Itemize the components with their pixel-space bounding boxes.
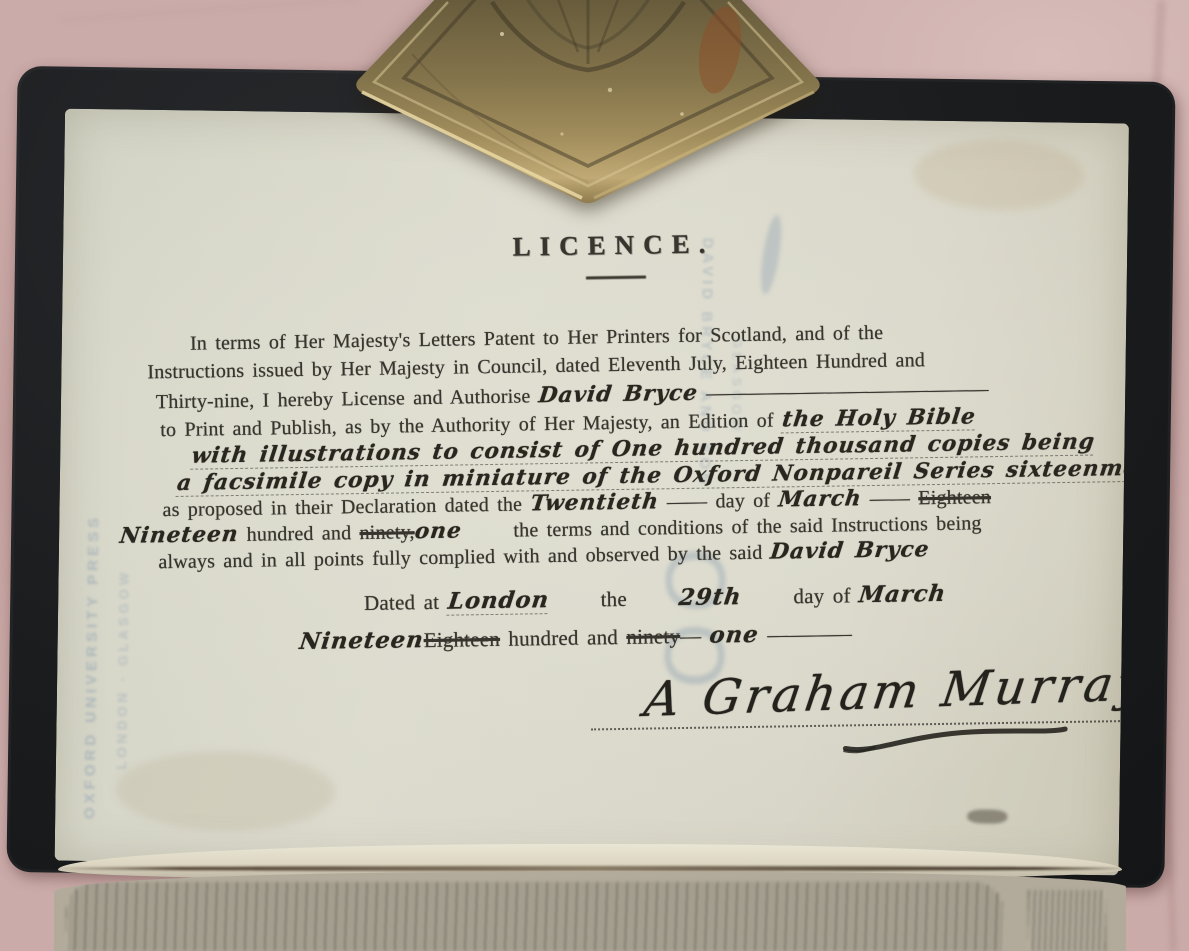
blurred-text-page-below: [54, 872, 1126, 951]
printed-text: In terms of Her Majesty's Letters Patent…: [190, 322, 884, 355]
ghost-showthrough-text: OXFORD UNIVERSITY PRESS: [81, 259, 106, 819]
printed-text: Eighteen: [424, 627, 501, 652]
printed-text: —: [680, 624, 710, 648]
signature: A Graham Murray: [641, 655, 1129, 728]
photo-of-miniature-bible-licence: { "scene": { "description": "Photograph …: [0, 0, 1189, 951]
licence-page: OXFORD UNIVERSITY PRESS LONDON · GLASGOW…: [55, 109, 1129, 876]
licence-line-10: Dated at Londonthe29thday of March: [364, 581, 947, 617]
handwritten-text: March: [858, 581, 948, 608]
printed-text: Eighteen: [918, 486, 991, 509]
blurred-print-columns: [66, 882, 1004, 951]
printed-text: hundred and: [500, 625, 627, 651]
printed-text: —— day of: [659, 489, 779, 513]
blank-space: [549, 606, 601, 607]
handwritten-text: Nineteen: [298, 627, 425, 655]
ghost-showthrough-text: LONDON · GLASGOW: [114, 339, 135, 769]
handwritten-text: David Bryce: [769, 537, 931, 565]
printed-text: as proposed in their Declaration dated t…: [162, 493, 530, 521]
handwritten-text: the Holy Bible: [780, 404, 977, 433]
handwritten-text: David Bryce: [537, 381, 699, 409]
licence-heading: LICENCE.: [133, 223, 1093, 269]
blank-space: [627, 605, 679, 606]
page-stain: [914, 138, 1085, 210]
printed-text: ——————————————: [698, 378, 989, 405]
handwritten-text: one: [708, 622, 760, 649]
signature-flourish: [841, 723, 1071, 757]
licence-document: LICENCE. In terms of Her Majesty's Lette…: [133, 223, 1102, 838]
handwritten-text: March: [777, 486, 863, 512]
licence-line-11: Nineteen Eighteen hundred and ninety— on…: [299, 620, 852, 655]
handwritten-text: Twentieth: [529, 489, 660, 516]
blank-space: [742, 603, 794, 604]
brass-clasp: [352, 0, 824, 208]
printed-text: ——: [861, 487, 918, 510]
printed-text: day of: [793, 583, 859, 608]
handwritten-text: 29th: [677, 584, 743, 611]
handwritten-text: one: [413, 518, 463, 544]
blank-space: [462, 537, 514, 538]
printed-text: ninety: [626, 624, 680, 649]
printed-text: ninety,: [359, 521, 414, 544]
printed-text: the: [600, 587, 627, 611]
page-crease-shadow: [52, 866, 1126, 871]
printed-text: Dated at: [364, 590, 448, 615]
printed-text: hundred and: [238, 522, 359, 546]
heading-underline: [586, 276, 646, 280]
handwritten-text: London: [446, 587, 550, 616]
backdrop-crease: [60, 0, 359, 21]
blurred-print-column-right: [1028, 890, 1106, 951]
handwritten-text: Nineteen: [118, 522, 240, 549]
printed-text: Thirty-nine, I hereby License and Author…: [156, 385, 539, 413]
printed-text: ————: [759, 621, 853, 646]
